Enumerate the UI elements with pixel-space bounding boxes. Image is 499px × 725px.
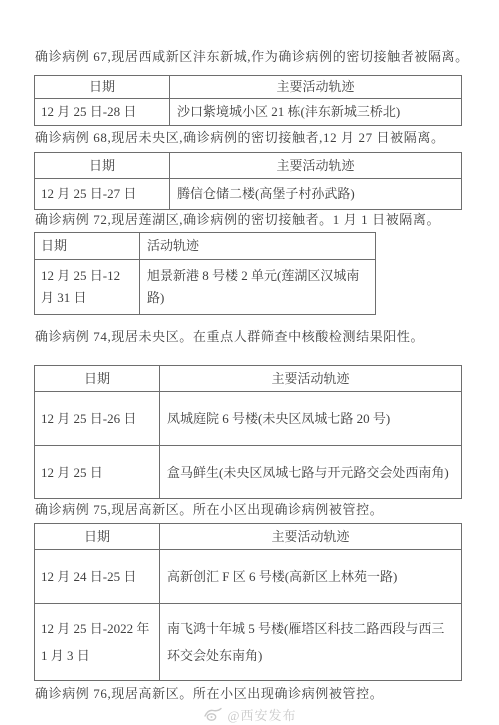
date-column-header: 日期 xyxy=(35,366,160,391)
case-74-table: 日期 主要活动轨迹 12 月 25 日-26 日 凤城庭院 6 号楼(未央区凤城… xyxy=(34,365,462,499)
table-row: 12 月 25 日 盒马鲜生(未央区凤城七路与开元路交会处西南角) xyxy=(35,445,461,498)
table-header-row: 日期 主要活动轨迹 xyxy=(35,76,461,98)
date-cell: 12 月 25 日-28 日 xyxy=(35,99,170,125)
case-75-intro: 确诊病例 75,现居高新区。所在小区出现确诊病例被管控。 xyxy=(35,502,481,517)
activity-cell: 盒马鲜生(未央区凤城七路与开元路交会处西南角) xyxy=(160,446,461,498)
activity-column-header: 主要活动轨迹 xyxy=(170,153,461,178)
table-header-row: 日期 活动轨迹 xyxy=(35,233,375,259)
date-cell: 12 月 25 日 xyxy=(35,446,160,498)
watermark: @西安发布 xyxy=(0,705,499,724)
case-67-intro: 确诊病例 67,现居西咸新区沣东新城,作为确诊病例的密切接触者被隔离。 xyxy=(35,49,481,64)
date-cell: 12 月 24 日-25 日 xyxy=(35,550,160,603)
activity-column-header: 主要活动轨迹 xyxy=(160,366,461,391)
activity-cell: 南飞鸿十年城 5 号楼(雁塔区科技二路西段与西三环交会处东南角) xyxy=(160,604,461,680)
activity-cell: 高新创汇 F 区 6 号楼(高新区上林苑一路) xyxy=(160,550,461,603)
table-row: 12 月 25 日-2022 年 1 月 3 日 南飞鸿十年城 5 号楼(雁塔区… xyxy=(35,603,461,680)
case-76-intro: 确诊病例 76,现居高新区。所在小区出现确诊病例被管控。 xyxy=(35,686,481,701)
weibo-icon xyxy=(203,707,223,722)
table-header-row: 日期 主要活动轨迹 xyxy=(35,366,461,391)
table-header-row: 日期 主要活动轨迹 xyxy=(35,153,461,178)
date-cell: 12 月 25 日-26 日 xyxy=(35,392,160,445)
case-72-intro: 确诊病例 72,现居莲湖区,确诊病例的密切接触者。1 月 1 日被隔离。 xyxy=(35,212,481,227)
date-column-header: 日期 xyxy=(35,76,170,98)
case-75-table: 日期 主要活动轨迹 12 月 24 日-25 日 高新创汇 F 区 6 号楼(高… xyxy=(34,523,462,681)
activity-cell: 凤城庭院 6 号楼(未央区凤城七路 20 号) xyxy=(160,392,461,445)
case-72-table: 日期 活动轨迹 12 月 25 日-12 月 31 日 旭景新港 8 号楼 2 … xyxy=(34,232,376,315)
activity-column-header: 活动轨迹 xyxy=(140,233,375,259)
date-column-header: 日期 xyxy=(35,233,140,259)
watermark-credit: @西安发布 xyxy=(228,705,297,724)
date-column-header: 日期 xyxy=(35,524,160,549)
date-cell: 12 月 25 日-27 日 xyxy=(35,179,170,209)
case-68-intro: 确诊病例 68,现居未央区,确诊病例的密切接触者,12 月 27 日被隔离。 xyxy=(35,130,481,145)
activity-cell: 沙口紫境城小区 21 栋(沣东新城三桥北) xyxy=(170,99,461,125)
activity-column-header: 主要活动轨迹 xyxy=(160,524,461,549)
table-row: 12 月 24 日-25 日 高新创汇 F 区 6 号楼(高新区上林苑一路) xyxy=(35,549,461,603)
table-header-row: 日期 主要活动轨迹 xyxy=(35,524,461,549)
case-74-intro: 确诊病例 74,现居未央区。在重点人群筛查中核酸检测结果阳性。 xyxy=(35,329,481,344)
date-column-header: 日期 xyxy=(35,153,170,178)
activity-column-header: 主要活动轨迹 xyxy=(170,76,461,98)
table-row: 12 月 25 日-27 日 腾信仓储二楼(高堡子村孙武路) xyxy=(35,178,461,209)
notice-page: 确诊病例 67,现居西咸新区沣东新城,作为确诊病例的密切接触者被隔离。 日期 主… xyxy=(0,0,499,725)
case-67-table: 日期 主要活动轨迹 12 月 25 日-28 日 沙口紫境城小区 21 栋(沣东… xyxy=(34,75,462,126)
table-row: 12 月 25 日-28 日 沙口紫境城小区 21 栋(沣东新城三桥北) xyxy=(35,98,461,125)
activity-cell: 腾信仓储二楼(高堡子村孙武路) xyxy=(170,179,461,209)
table-row: 12 月 25 日-12 月 31 日 旭景新港 8 号楼 2 单元(莲湖区汉城… xyxy=(35,259,375,314)
table-row: 12 月 25 日-26 日 凤城庭院 6 号楼(未央区凤城七路 20 号) xyxy=(35,391,461,445)
date-cell: 12 月 25 日-12 月 31 日 xyxy=(35,260,140,314)
case-68-table: 日期 主要活动轨迹 12 月 25 日-27 日 腾信仓储二楼(高堡子村孙武路) xyxy=(34,152,462,210)
activity-cell: 旭景新港 8 号楼 2 单元(莲湖区汉城南路) xyxy=(140,260,375,314)
date-cell: 12 月 25 日-2022 年 1 月 3 日 xyxy=(35,604,160,680)
